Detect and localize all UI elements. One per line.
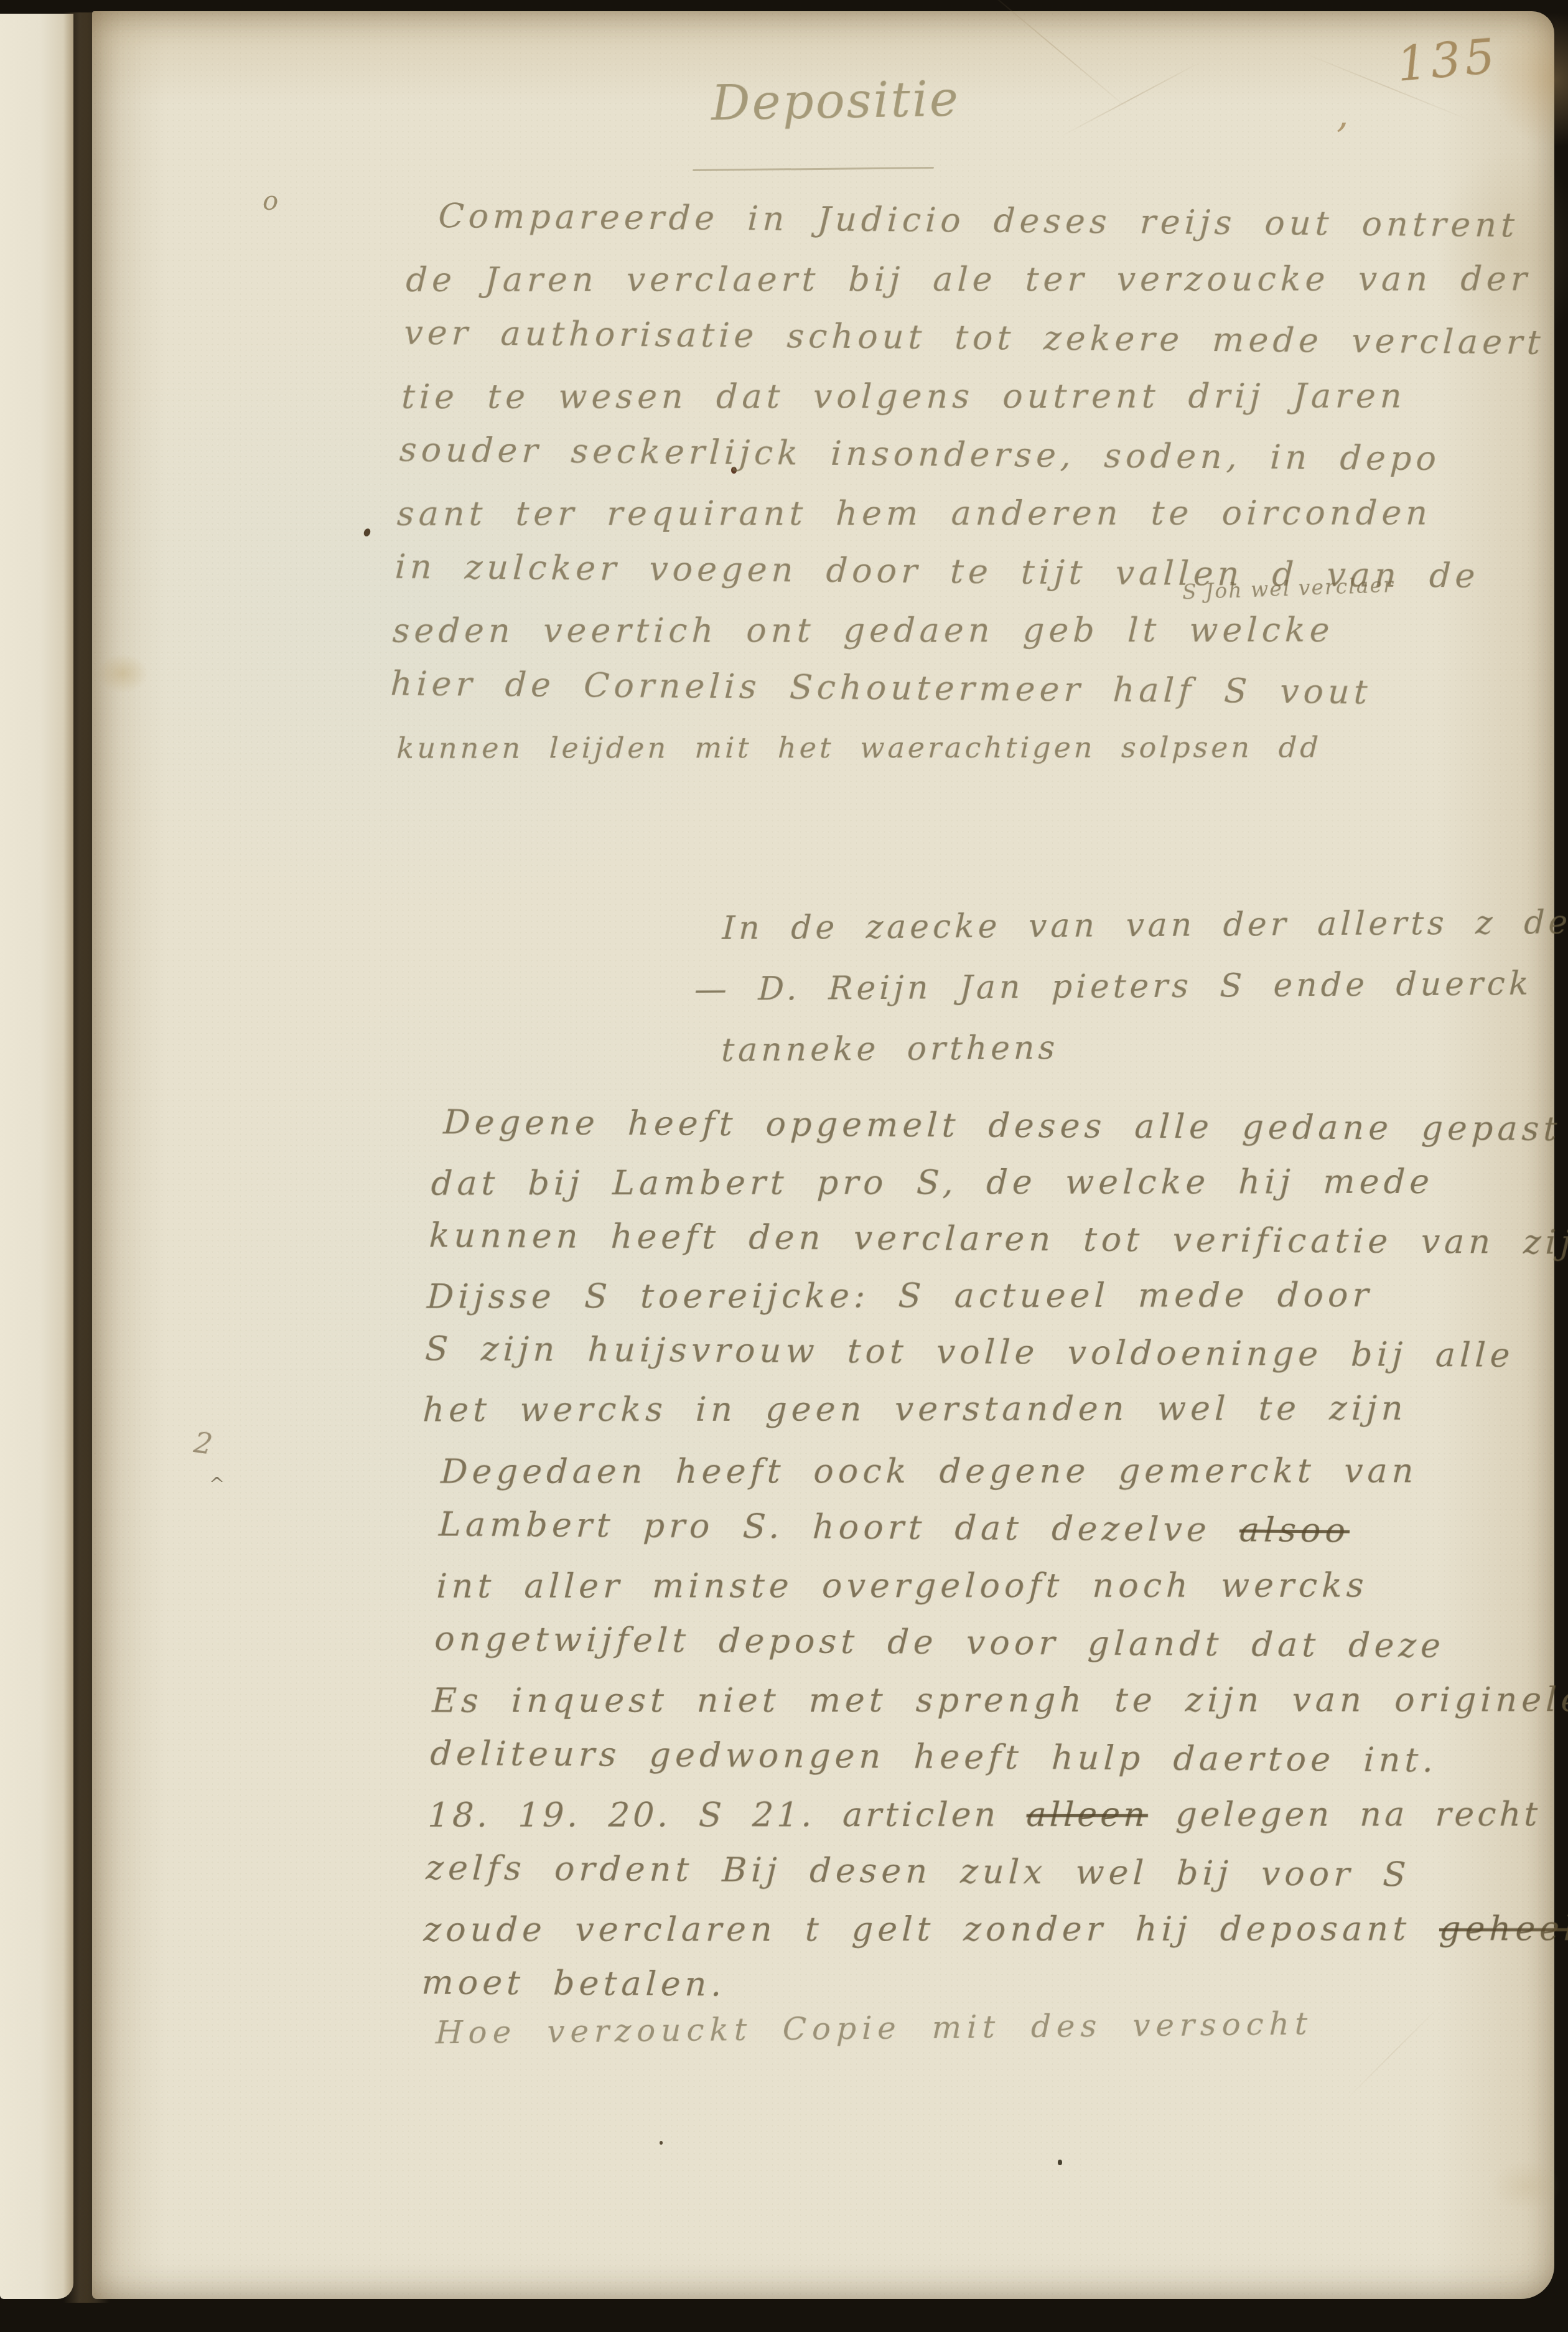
handwritten-line: Es inquest niet met sprengh te zijn van … [431, 1671, 1568, 1730]
handwritten-line: ongetwijfelt depost de voor glandt dat d… [433, 1610, 1568, 1675]
handwritten-line: sant ter requirant hem anderen te oircon… [396, 484, 1568, 543]
handwritten-line: seden veertich ont gedaen geb lt welcke [391, 601, 1568, 660]
strikethrough-text: alsoo [1239, 1510, 1351, 1550]
handwritten-line: het wercks in geen verstanden wel te zij… [422, 1379, 1568, 1438]
paragraph-testimony-1: Degene heeft opgemelt deses alle gedane … [422, 1096, 1568, 1438]
ink-blot [660, 2141, 663, 2145]
handwritten-line: deliteurs gedwongen heeft hulp daertoe i… [429, 1725, 1568, 1790]
handwritten-line: de Jaren verclaert bij ale ter verzoucke… [405, 250, 1568, 309]
handwritten-line: Compareerde in Judicio deses reijs out o… [437, 187, 1568, 255]
page-number-flourish: , [1337, 91, 1349, 136]
strikethrough-text: alleen [1026, 1795, 1149, 1834]
paragraph-deposition: Compareerde in Judicio deses reijs out o… [387, 190, 1568, 779]
heading-underline [693, 167, 934, 171]
margin-mark-lower: 2 [192, 1425, 215, 1461]
handwritten-line: Dijsse S toereijcke: S actueel mede door [426, 1266, 1568, 1324]
paper-crease [1344, 2005, 1442, 2102]
handwritten-line: ver authorisatie schout tot zekere mede … [403, 304, 1568, 373]
line-text: 18. 19. 20. S 21. articlen [427, 1795, 1027, 1835]
page-number: 135 [1394, 28, 1500, 92]
handwritten-line: In de zaecke van van der allerts z deser [721, 892, 1568, 959]
ink-blot [363, 527, 372, 537]
handwritten-line: Lambert pro S. hoort dat dezelve alsoo [437, 1496, 1568, 1561]
handwritten-line: hier de Cornelis Schoutermeer half S vou… [390, 655, 1568, 724]
line-text: zoude verclaren t gelt zonder hij deposa… [423, 1909, 1440, 1949]
paper-crease [974, 0, 1132, 113]
handwritten-line: dat bij Lambert pro S, de welcke hij med… [430, 1153, 1568, 1211]
handwritten-line: S zijn huijsvrouw tot volle voldoeninge … [424, 1320, 1568, 1384]
paper-crease [1060, 60, 1203, 138]
manuscript-page: 135 , Depositie o 2 ^ Compareerde in Jud… [92, 11, 1554, 2299]
ink-blot [1058, 2160, 1062, 2165]
handwritten-line: zoude verclaren t gelt zonder hij deposa… [422, 1900, 1568, 1959]
case-header: In de zaecke van van der allerts z deser… [718, 892, 1568, 1081]
handwritten-line: kunnen heeft den verclaren tot verificat… [428, 1207, 1568, 1270]
handwritten-line: souder seckerlijck insonderse, soden, in… [398, 421, 1568, 490]
strikethrough-text: geheel [1439, 1909, 1568, 1948]
handwritten-line: tanneke orthens [721, 1014, 1568, 1081]
handwritten-line: kunnen leijden mit het waerachtigen solp… [396, 718, 1568, 777]
handwritten-line: Degene heeft opgemelt deses alle gedane … [442, 1093, 1568, 1157]
handwritten-line: int aller minste overgelooft noch wercks [436, 1557, 1568, 1615]
handwritten-line: 18. 19. 20. S 21. articlen alleen gelege… [427, 1786, 1568, 1844]
page-title: Depositie [711, 72, 961, 132]
book-scan-background: { "document": { "page_number": "135", "p… [0, 0, 1568, 2332]
left-edge-stain [88, 647, 157, 700]
handwritten-line: Degedaen heeft oock degene gemerckt van [440, 1442, 1568, 1501]
handwritten-line: — D. Reijn Jan pieters S ende duerck [694, 953, 1568, 1020]
line-text: Lambert pro S. hoort dat dezelve [438, 1504, 1240, 1549]
margin-mark-caret: ^ [209, 1474, 225, 1496]
bottom-stain [1480, 2152, 1568, 2221]
margin-mark-upper: o [263, 185, 278, 216]
paragraph-testimony-2: Degedaen heeft oock degene gemerckt van … [421, 1441, 1568, 2017]
handwritten-line: zelfs ordent Bij desen zulx wel bij voor… [425, 1839, 1568, 1904]
corner-stain [1467, 0, 1568, 173]
facing-page-edge [0, 14, 73, 2299]
line-text: gelegen na recht wis [1147, 1794, 1568, 1834]
handwritten-line: tie te wesen dat volgens outrent drij Ja… [401, 367, 1568, 426]
